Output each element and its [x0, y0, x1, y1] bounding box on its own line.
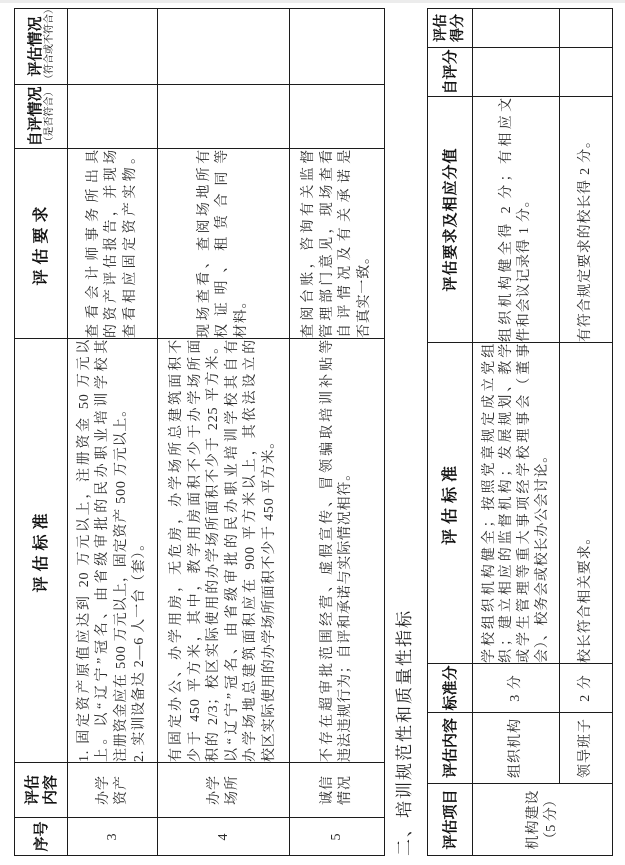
table-row: 5 诚信 情况 不存在超审批范围经营、虚假宣传、冒领骗取培训补贴等 违法违规行为… — [290, 9, 385, 856]
requirement-line: 材料。 — [233, 149, 252, 338]
requirement-line: 权证明、租赁合同等 — [214, 149, 233, 338]
standard-cell: 学校组织机构健全；按照党章规定成立党组 织；建立相应的监督机构；发展规划、教学 … — [473, 343, 560, 664]
requirement-cell: 组织机构健全得 2 分；有相应文 件和会议记录得 1 分。 — [473, 97, 560, 343]
header-self-eval: 自评情况 （是否符合） — [15, 85, 68, 149]
eval-score-cell — [560, 9, 613, 48]
category-score: （5 分） — [543, 784, 561, 855]
header-eval-note: （符合或不符合） — [44, 9, 56, 84]
header-standard: 评估标准 — [428, 343, 473, 664]
standard-line: 不存在超审批范围经营、虚假宣传、冒领骗取培训补贴等 — [319, 339, 338, 762]
header-self-eval-title: 自评情况 — [26, 85, 44, 148]
seq-cell: 4 — [158, 818, 290, 856]
standard-line: 校区实际使用的办学场所面积不少于 450 平方米。 — [261, 339, 280, 762]
standard-line: 2. 实训设备达 2—6 人一台（套）。 — [131, 339, 150, 762]
standard-line: 积的 2/3；校区实际使用的办学场所面积不少于 225 平方米。 — [205, 339, 224, 762]
self-score-cell — [473, 48, 560, 97]
header-content-line: 内容 — [41, 763, 59, 817]
standard-line: 校长符合相关要求。 — [577, 343, 595, 663]
requirement-line: 现场查看、查阅场地所有 — [196, 149, 215, 338]
table-row: 机构建设 （5 分） 组织机构 3 分 学校组织机构健全；按照党章规定成立党组 … — [473, 9, 560, 856]
header-seq: 序号 — [15, 818, 68, 856]
standard-line: 办学场地总建筑面积应在 900 平方米以上，其依法设立的 — [242, 339, 261, 762]
header-eval-score-line: 评估 — [433, 9, 450, 47]
eval-cell — [158, 9, 290, 85]
standard-cell: 校长符合相关要求。 — [560, 343, 613, 664]
requirement-cell: 查阅台账，咨询有关监督 管理部门意见，现场查看 自评情况及有关承诺是 否真实一致… — [290, 149, 385, 339]
requirement-line: 组织机构健全得 2 分；有相应文 — [498, 97, 516, 342]
header-requirement: 评估要求及相应分值 — [428, 97, 473, 343]
seq-cell: 3 — [68, 818, 158, 856]
standard-line: 违法违规行为；自评和承诺与实际情况相符。 — [337, 339, 356, 762]
requirement-line: 查看相应固定资产实物。 — [122, 149, 141, 338]
header-content-line: 评估 — [23, 763, 41, 817]
header-self-score: 自评分 — [428, 48, 473, 97]
requirement-cell: 查看会计师事务所出具 的资产评估报告，并现场 查看相应固定资产实物。 — [68, 149, 158, 339]
requirement-line: 否真实一致。 — [356, 149, 375, 338]
content-cell: 诚信 情况 — [290, 763, 385, 818]
header-content: 评估 内容 — [15, 763, 68, 818]
standard-cell: 有固定办公、办学用房，无危房，办学场所总建筑面积不 少于 450 平方米，其中，… — [158, 339, 290, 763]
table-row: 领导班子 2 分 校长符合相关要求。 有符合规定要求的校长得 2 分。 — [560, 9, 613, 856]
school-conditions-table: 序号 评估 内容 评估标准 评估要求 自评情况 （是否符合） 评估情况 （符合或… — [14, 8, 385, 856]
header-content: 评估内容 — [428, 713, 473, 784]
header-eval-score-line: 得分 — [450, 9, 467, 47]
standard-line: 上。以“辽宁”冠名、由省级审批的民办职业培训学校其 — [94, 339, 113, 762]
standard-line: 1. 固定资产原值应达到 20 万元以上，注册资金 50 万元以 — [76, 339, 95, 762]
self-eval-cell — [68, 85, 158, 149]
eval-score-cell — [473, 9, 560, 48]
self-eval-cell — [158, 85, 290, 149]
content-line: 办学 — [206, 763, 224, 817]
table-row: 4 办学 场所 有固定办公、办学用房，无危房，办学场所总建筑面积不 少于 450… — [158, 9, 290, 856]
header-std-score: 标准分 — [428, 664, 473, 713]
seq-cell: 5 — [290, 818, 385, 856]
self-eval-cell — [290, 85, 385, 149]
header-self-eval-note: （是否符合） — [44, 85, 56, 148]
standard-line: 注册资金应在 500 万元以上，固定资产 500 万元以上。 — [113, 339, 132, 762]
document-page: 序号 评估 内容 评估标准 评估要求 自评情况 （是否符合） 评估情况 （符合或… — [0, 0, 625, 865]
content-line: 资产 — [113, 763, 131, 817]
standard-line: 织；建立相应的监督机构；发展规划、教学 — [498, 343, 516, 663]
content-cell: 领导班子 — [560, 713, 613, 784]
category-cell: 机构建设 （5 分） — [473, 784, 613, 856]
requirement-cell: 有符合规定要求的校长得 2 分。 — [560, 97, 613, 343]
content-line: 办学 — [95, 763, 113, 817]
standard-cell: 不存在超审批范围经营、虚假宣传、冒领骗取培训补贴等 违法违规行为；自评和承诺与实… — [290, 339, 385, 763]
category-name: 机构建设 — [525, 784, 543, 855]
table-row: 3 办学 资产 1. 固定资产原值应达到 20 万元以上，注册资金 50 万元以… — [68, 9, 158, 856]
standard-line: 或学生管理等重大事项经学校理事会（董事 — [516, 343, 534, 663]
header-standard: 评估标准 — [15, 339, 68, 763]
content-line: 诚信 — [319, 763, 337, 817]
requirement-cell: 现场查看、查阅场地所有 权证明、租赁合同等 材料。 — [158, 149, 290, 339]
eval-cell — [290, 9, 385, 85]
header-row: 序号 评估 内容 评估标准 评估要求 自评情况 （是否符合） 评估情况 （符合或… — [15, 9, 68, 856]
requirement-line: 查看会计师事务所出具 — [85, 149, 104, 338]
content-cell: 组织机构 — [473, 713, 560, 784]
header-row: 评估项目 评估内容 标准分 评估标准 评估要求及相应分值 自评分 评估 得分 — [428, 9, 473, 856]
std-score-cell: 3 分 — [473, 664, 560, 713]
standard-line: 会）、校务会或校长办公会讨论。 — [534, 343, 552, 663]
content-cell: 办学 资产 — [68, 763, 158, 818]
header-requirement: 评估要求 — [15, 149, 68, 339]
standard-line: 以“辽宁”冠名、由省级审批的民办职业培训学校其自有 — [224, 339, 243, 762]
requirement-line: 有符合规定要求的校长得 2 分。 — [577, 97, 595, 342]
requirement-line: 自评情况及有关承诺是 — [337, 149, 356, 338]
content-cell: 办学 场所 — [158, 763, 290, 818]
section-heading: 二、培训规范性和质量性指标 — [395, 609, 415, 856]
header-eval: 评估情况 （符合或不符合） — [15, 9, 68, 85]
requirement-line: 的资产评估报告，并现场 — [103, 149, 122, 338]
std-score-cell: 2 分 — [560, 664, 613, 713]
standard-line: 少于 450 平方米，其中，教学用房面积不少于办学场所面 — [187, 339, 206, 762]
requirement-line: 管理部门意见，现场查看 — [319, 149, 338, 338]
content-line: 场所 — [224, 763, 242, 817]
standard-line: 有固定办公、办学用房，无危房，办学场所总建筑面积不 — [168, 339, 187, 762]
header-eval-title: 评估情况 — [26, 9, 44, 84]
requirement-line: 查阅台账，咨询有关监督 — [300, 149, 319, 338]
requirement-line: 件和会议记录得 1 分。 — [516, 97, 534, 342]
header-eval-score: 评估 得分 — [428, 9, 473, 48]
standard-cell: 1. 固定资产原值应达到 20 万元以上，注册资金 50 万元以 上。以“辽宁”… — [68, 339, 158, 763]
self-score-cell — [560, 48, 613, 97]
training-indicators-table: 评估项目 评估内容 标准分 评估标准 评估要求及相应分值 自评分 评估 得分 机… — [427, 8, 613, 856]
header-item: 评估项目 — [428, 784, 473, 856]
content-line: 情况 — [337, 763, 355, 817]
eval-cell — [68, 9, 158, 85]
standard-line: 学校组织机构健全；按照党章规定成立党组 — [481, 343, 499, 663]
